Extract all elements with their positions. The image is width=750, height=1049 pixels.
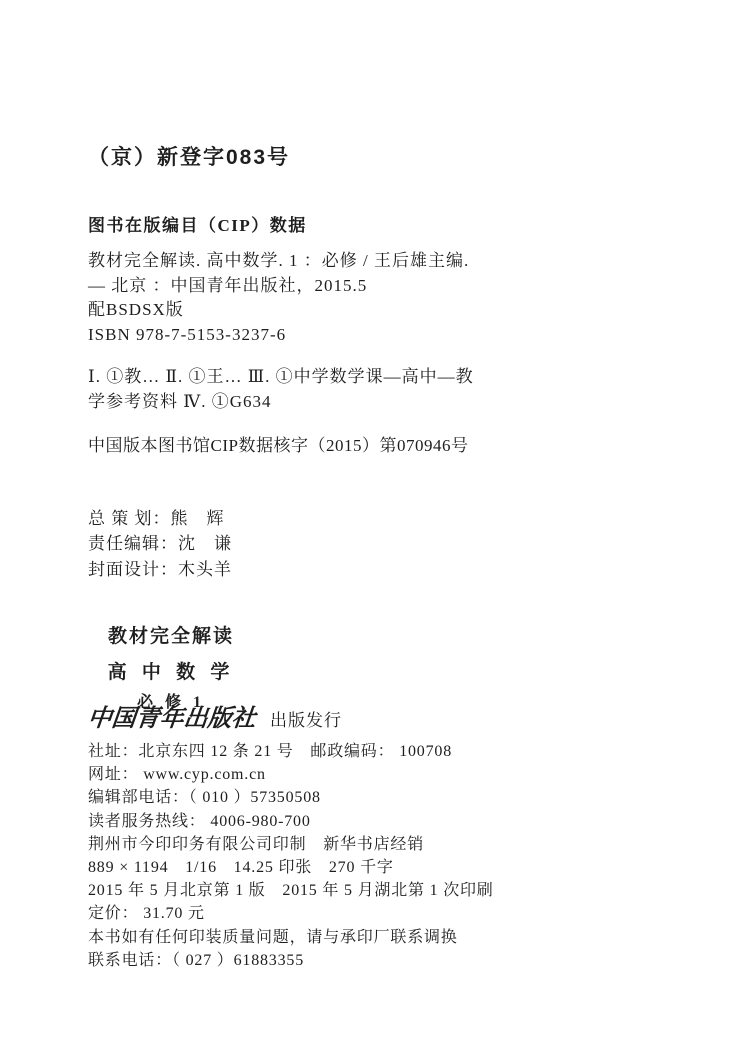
credit-line: 封面设计：木头羊	[88, 557, 232, 582]
cip-classification-line: 学参考资料 Ⅳ. ①G634	[88, 389, 474, 414]
cip-description: 教材完全解读. 高中数学. 1 ：必修 / 王后雄主编. — 北京 ：中国青年出…	[88, 249, 469, 347]
imprint-block: 社址：北京东四 12 条 21 号 邮政编码： 100708 网址： www.c…	[88, 740, 494, 972]
credit-name: 熊 辉	[171, 509, 225, 528]
credit-line: 总 策 划：熊 辉	[88, 506, 232, 531]
credit-name: 木头羊	[178, 560, 232, 579]
imprint-line-editorial-phone: 编辑部电话：（ 010 ）57350508	[88, 786, 494, 809]
imprint-line-address: 社址：北京东四 12 条 21 号 邮政编码： 100708	[88, 740, 494, 763]
credits-block: 总 策 划：熊 辉 责任编辑：沈 谦 封面设计：木头羊	[88, 506, 232, 582]
colophon-page: （京）新登字083号 图书在版编目（CIP）数据 教材完全解读. 高中数学. 1…	[0, 0, 750, 1049]
cip-classification: Ⅰ. ①教… Ⅱ. ①王… Ⅲ. ①中学数学课—高中—教 学参考资料 Ⅳ. ①G…	[88, 364, 474, 414]
credit-name: 沈 谦	[178, 534, 232, 553]
imprint-line-printer: 荆州市今印印务有限公司印制 新华书店经销	[88, 833, 494, 856]
imprint-line-website: 网址： www.cyp.com.cn	[88, 763, 494, 786]
cip-description-line: ISBN 978-7-5153-3237-6	[88, 323, 469, 348]
cip-description-line: 教材完全解读. 高中数学. 1 ：必修 / 王后雄主编.	[88, 249, 469, 274]
imprint-line-edition: 2015 年 5 月北京第 1 版 2015 年 5 月湖北第 1 次印刷	[88, 879, 494, 902]
imprint-line-contact-phone: 联系电话：（ 027 ）61883355	[88, 949, 494, 972]
cip-record-number: 中国版本图书馆CIP数据核字（2015）第070946号	[88, 431, 468, 456]
publisher-line: 中国青年出版社出版发行	[88, 698, 342, 733]
series-title: 教材完全解读	[86, 621, 256, 648]
cip-classification-line: Ⅰ. ①教… Ⅱ. ①王… Ⅲ. ①中学数学课—高中—教	[88, 364, 474, 389]
cip-heading: 图书在版编目（CIP）数据	[88, 211, 307, 236]
book-title: 高 中 数 学	[86, 657, 256, 684]
publisher-action: 出版发行	[270, 711, 342, 730]
credit-role: 总 策 划：	[88, 509, 171, 528]
registration-number: （京）新登字083号	[88, 141, 290, 171]
credit-role: 封面设计：	[88, 560, 178, 579]
credit-role: 责任编辑：	[88, 534, 178, 553]
publisher-logo: 中国青年出版社	[86, 698, 258, 733]
imprint-line-quality-notice: 本书如有任何印装质量问题，请与承印厂联系调换	[88, 926, 494, 949]
cip-description-line: — 北京 ：中国青年出版社，2015.5	[88, 274, 469, 299]
cip-description-line: 配BSDSX版	[88, 298, 469, 323]
imprint-line-service-hotline: 读者服务热线： 4006-980-700	[88, 810, 494, 833]
imprint-line-format: 889 × 1194 1/16 14.25 印张 270 千字	[88, 856, 494, 879]
credit-line: 责任编辑：沈 谦	[88, 531, 232, 556]
imprint-line-price: 定价： 31.70 元	[88, 902, 494, 925]
